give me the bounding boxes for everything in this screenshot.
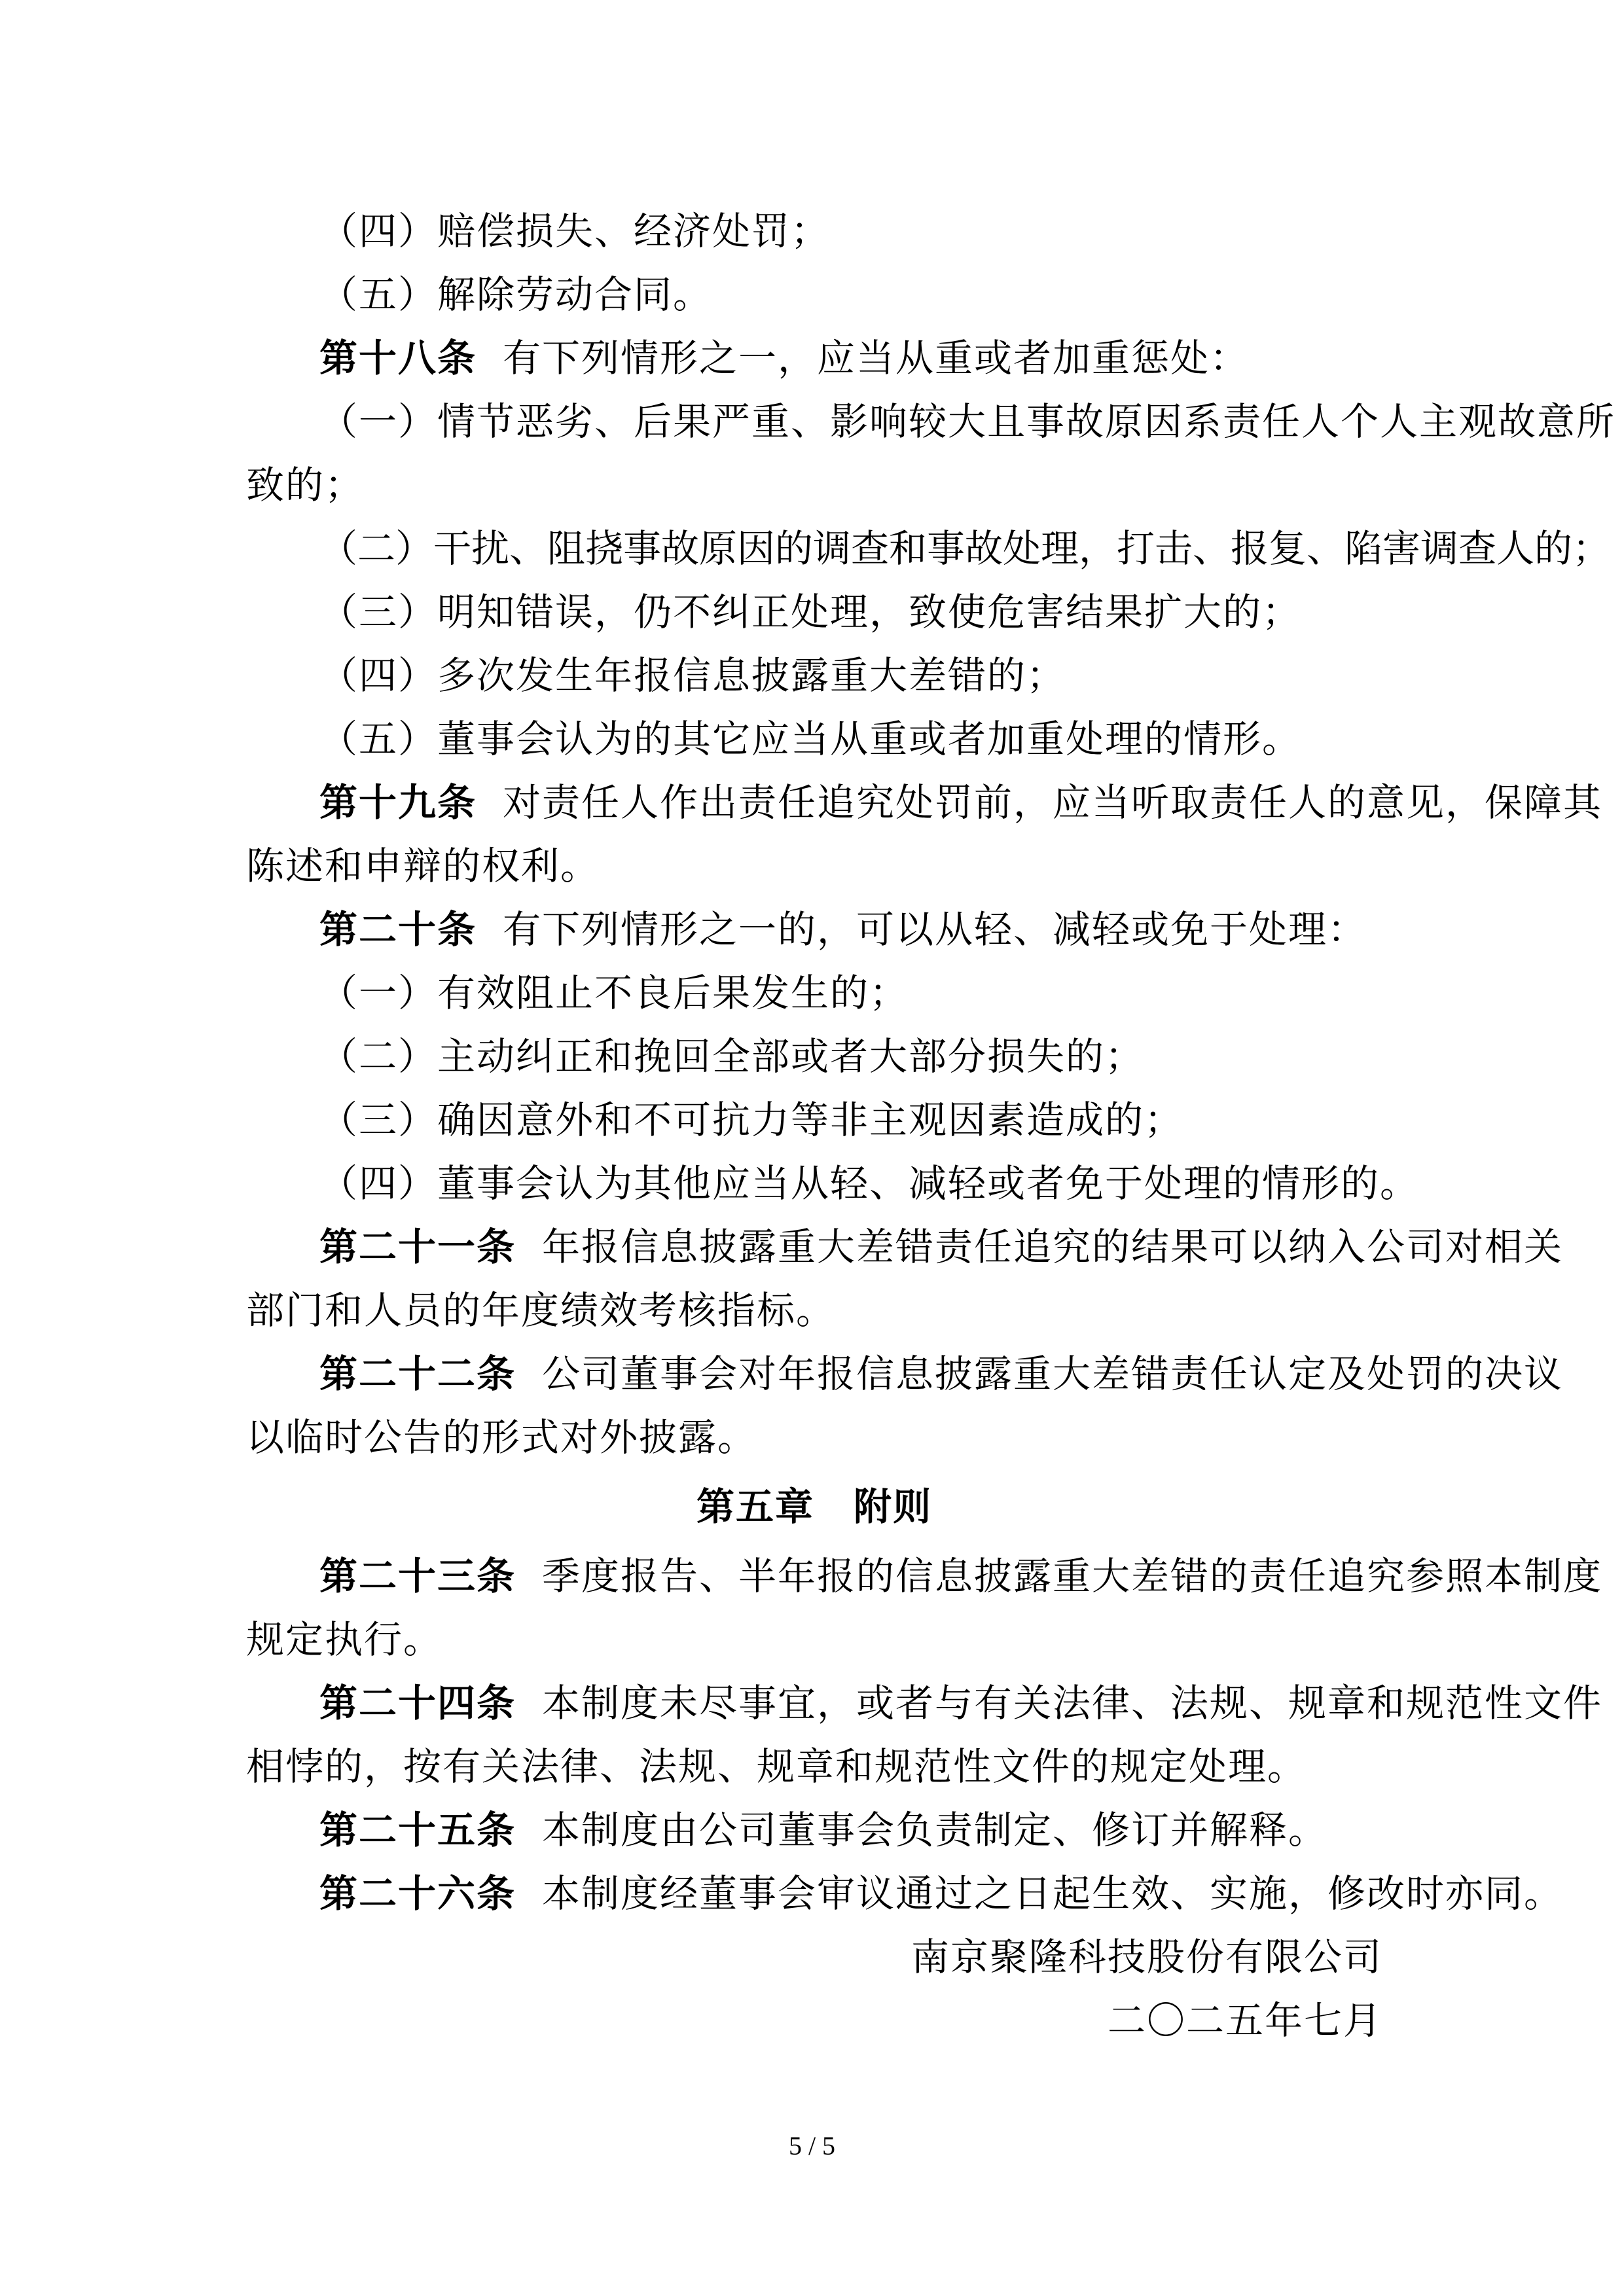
paragraph-continuation: 陈述和申辩的权利。 (246, 843, 1382, 889)
paragraph-continuation: 规定执行。 (246, 1617, 1382, 1662)
article-label: 第二十条 (319, 907, 477, 952)
article-text: 公司董事会对年报信息披露重大差错责任认定及处罚的决议 (542, 1352, 1563, 1396)
article-24: 第二十四条本制度未尽事宜，或者与有关法律、法规、规章和规范性文件 (246, 1680, 1382, 1726)
article-label: 第二十三条 (319, 1554, 516, 1598)
signature-date: 二〇二五年七月 (246, 1998, 1382, 2043)
list-item: （二）干扰、阻挠事故原因的调查和事故处理，打击、报复、陷害调查人的； (246, 526, 1382, 571)
paragraph-continuation: 以临时公告的形式对外披露。 (246, 1414, 1382, 1460)
paragraph-continuation: 部门和人员的年度绩效考核指标。 (246, 1287, 1382, 1333)
article-23: 第二十三条季度报告、半年报的信息披露重大差错的责任追究参照本制度 (246, 1553, 1382, 1599)
list-item: （四）赔偿损失、经济处罚； (246, 208, 1382, 254)
article-text: 对责任人作出责任追究处罚前，应当听取责任人的意见，保障其 (503, 780, 1602, 825)
list-item: （四）董事会认为其他应当从轻、减轻或者免于处理的情形的。 (246, 1160, 1382, 1206)
list-item: （五）董事会认为的其它应当从重或者加重处理的情形。 (246, 716, 1382, 762)
article-25: 第二十五条本制度由公司董事会负责制定、修订并解释。 (246, 1807, 1382, 1853)
list-item: （五）解除劳动合同。 (246, 272, 1382, 317)
article-label: 第十八条 (319, 336, 477, 380)
article-label: 第二十四条 (319, 1681, 516, 1725)
list-item: （四）多次发生年报信息披露重大差错的； (246, 653, 1382, 698)
article-text: 本制度由公司董事会负责制定、修订并解释。 (542, 1808, 1327, 1852)
article-22: 第二十二条公司董事会对年报信息披露重大差错责任认定及处罚的决议 (246, 1351, 1382, 1397)
article-text: 年报信息披露重大差错责任追究的结果可以纳入公司对相关 (542, 1225, 1563, 1269)
list-item: （一）情节恶劣、后果严重、影响较大且事故原因系责任人个人主观故意所 (246, 399, 1382, 444)
list-item: （一）有效阻止不良后果发生的； (246, 970, 1382, 1016)
chapter-heading: 第五章 附则 (246, 1484, 1382, 1530)
article-19: 第十九条对责任人作出责任追究处罚前，应当听取责任人的意见，保障其 (246, 780, 1382, 825)
article-26: 第二十六条本制度经董事会审议通过之日起生效、实施，修改时亦同。 (246, 1871, 1382, 1916)
article-18: 第十八条有下列情形之一，应当从重或者加重惩处： (246, 335, 1382, 381)
article-text: 有下列情形之一，应当从重或者加重惩处： (503, 336, 1249, 380)
list-item: （二）主动纠正和挽回全部或者大部分损失的； (246, 1033, 1382, 1079)
article-text: 本制度经董事会审议通过之日起生效、实施，修改时亦同。 (542, 1871, 1563, 1916)
article-text: 本制度未尽事宜，或者与有关法律、法规、规章和规范性文件 (542, 1681, 1602, 1725)
article-label: 第十九条 (319, 780, 477, 825)
paragraph-continuation: 相悖的，按有关法律、法规、规章和规范性文件的规定处理。 (246, 1744, 1382, 1789)
list-item: （三）明知错误，仍不纠正处理，致使危害结果扩大的； (246, 589, 1382, 635)
article-21: 第二十一条年报信息披露重大差错责任追究的结果可以纳入公司对相关 (246, 1224, 1382, 1270)
list-item: （三）确因意外和不可抗力等非主观因素造成的； (246, 1097, 1382, 1143)
paragraph-continuation: 致的； (246, 462, 1382, 508)
page-number: 5 / 5 (0, 2130, 1624, 2161)
article-label: 第二十二条 (319, 1352, 516, 1396)
article-text: 季度报告、半年报的信息披露重大差错的责任追究参照本制度 (542, 1554, 1602, 1598)
article-text: 有下列情形之一的，可以从轻、减轻或免于处理： (503, 907, 1367, 952)
signature-company: 南京聚隆科技股份有限公司 (246, 1934, 1382, 1980)
article-label: 第二十一条 (319, 1225, 516, 1269)
article-label: 第二十五条 (319, 1808, 516, 1852)
article-20: 第二十条有下列情形之一的，可以从轻、减轻或免于处理： (246, 906, 1382, 952)
article-label: 第二十六条 (319, 1871, 516, 1916)
